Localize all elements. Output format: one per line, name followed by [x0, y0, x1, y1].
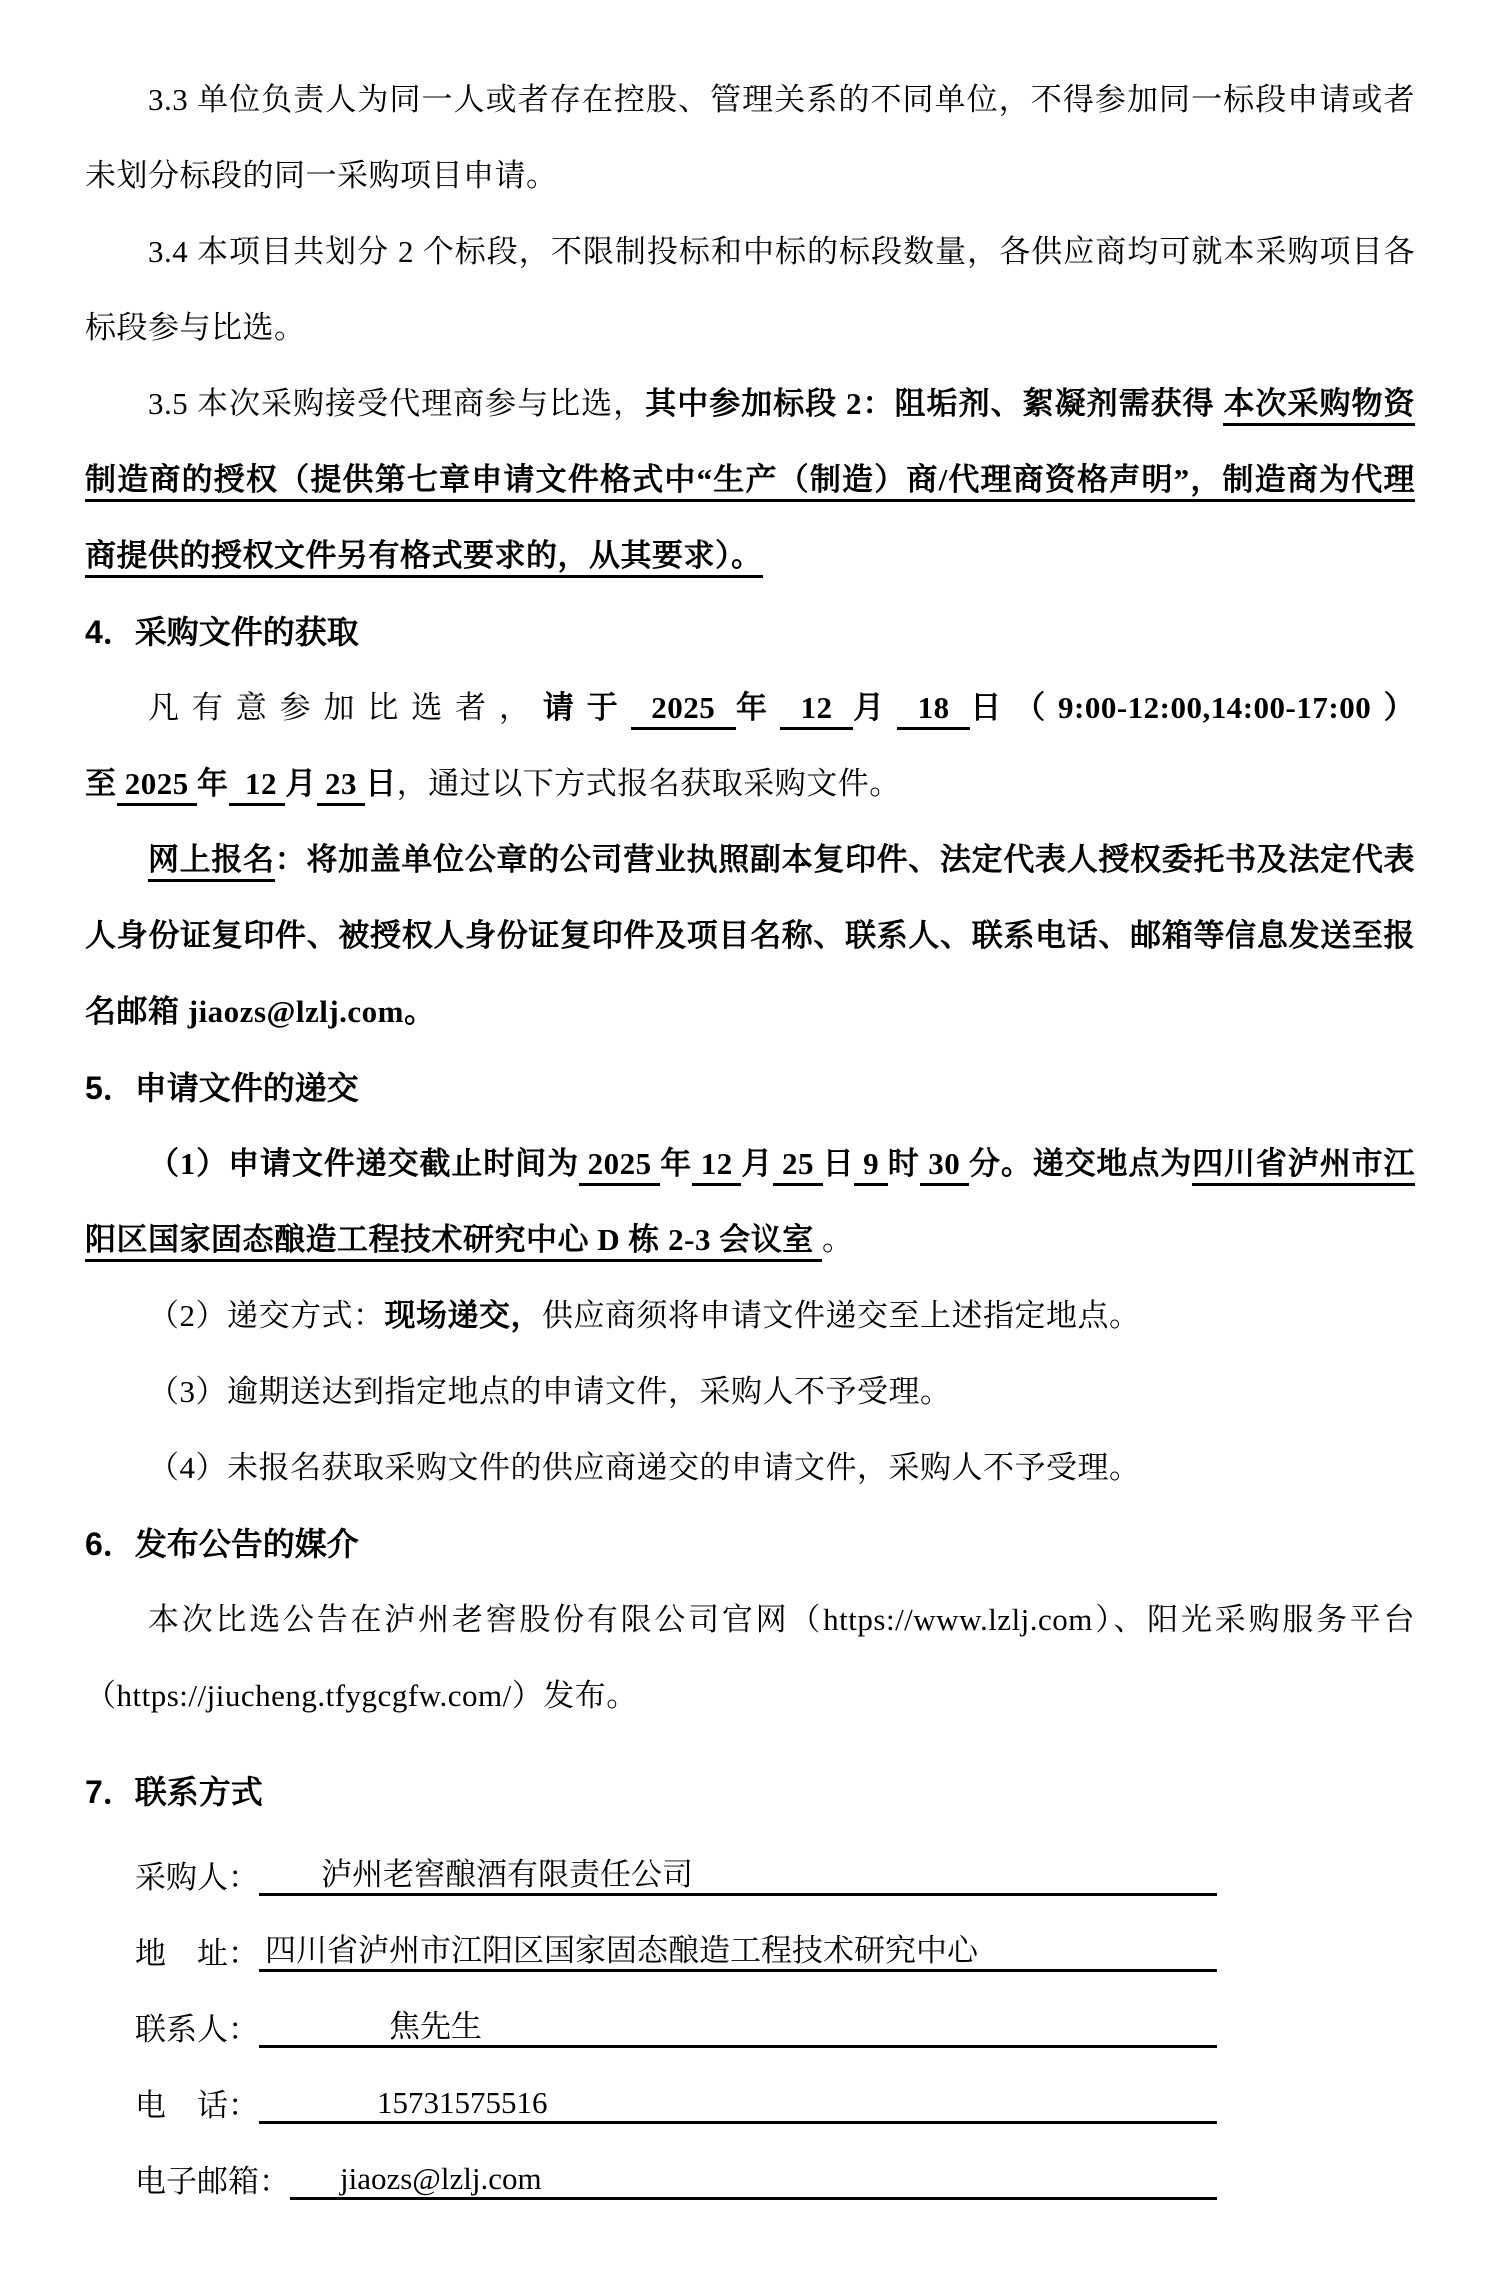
paragraph-5-3: （3）逾期送达到指定地点的申请文件，采购人不予受理。 — [85, 1354, 1415, 1430]
text-run: 3.5 本次采购接受代理商参与比选， — [148, 386, 645, 421]
text-run: ，通过以下方式报名获取采购文件。 — [397, 766, 901, 801]
contact-underline-field: 四川省泸州市江阳区国家固态酿造工程技术研究中心 — [259, 1933, 1217, 1972]
text-run: （1）申请文件递交截止时间为 — [148, 1146, 579, 1181]
text-run: ：将加盖单位公章的公司营业执照副本复印件、法定代表人授权委托书及法定代表人身份证… — [85, 842, 1415, 1029]
heading-section-7: 7．联系方式 — [85, 1754, 1415, 1830]
date-field-month: 12 — [780, 690, 853, 730]
paragraph-5-1: （1）申请文件递交截止时间为 2025 年 12 月 25 日 9 时 30 分… — [85, 1126, 1415, 1278]
date-field-day: 18 — [897, 690, 970, 730]
text-run: 日 — [365, 766, 397, 801]
text-run: 请于 — [543, 690, 631, 725]
text-run: 年 — [660, 1146, 692, 1181]
contact-label: 地 址： — [135, 1936, 259, 1972]
text-run: 月 — [285, 766, 317, 801]
date-field-year: 2025 — [631, 690, 736, 730]
text-run: 年 — [736, 690, 780, 725]
text-run: 网上报名 — [148, 842, 275, 882]
paragraph-online-signup: 网上报名：将加盖单位公章的公司营业执照副本复印件、法定代表人授权委托书及法定代表… — [85, 822, 1415, 1050]
paragraph-3-5: 3.5 本次采购接受代理商参与比选，其中参加标段 2：阻垢剂、絮凝剂需获得 本次… — [85, 366, 1415, 594]
text-run: （2）递交方式： — [148, 1298, 385, 1333]
contact-value: jiaozs@lzlj.com — [340, 2161, 542, 2196]
paragraph-5-4: （4）未报名获取采购文件的供应商递交的申请文件，采购人不予受理。 — [85, 1430, 1415, 1506]
paragraph-3-4: 3.4 本项目共划分 2 个标段，不限制投标和中标的标段数量，各供应商均可就本采… — [85, 214, 1415, 366]
contact-label: 电 话： — [135, 2088, 259, 2124]
contact-value: 15731575516 — [377, 2085, 548, 2120]
contact-label: 采购人： — [135, 1860, 259, 1896]
contact-row-person: 联系人： 焦先生 — [135, 1982, 1217, 2058]
text-run: 现场递交， — [385, 1298, 543, 1333]
date-field-day: 25 — [773, 1146, 822, 1186]
contact-value: 四川省泸州市江阳区国家固态酿造工程技术研究中心 — [265, 1933, 978, 1968]
paragraph-6-1: 本次比选公告在泸州老窖股份有限公司官网（https://www.lzlj.com… — [85, 1582, 1415, 1734]
contact-row-phone: 电 话： 15731575516 — [135, 2058, 1217, 2134]
time-field-hour: 9 — [854, 1146, 887, 1186]
date-field-day: 23 — [317, 766, 366, 806]
text-run: 年 — [197, 766, 229, 801]
date-field-month: 12 — [229, 766, 286, 806]
contact-value: 泸州老窖酿酒有限责任公司 — [321, 1857, 693, 1892]
contact-underline-field: 15731575516 — [259, 2085, 1217, 2124]
text-run: 凡有意参加比选者， — [148, 690, 543, 725]
contact-row-purchaser: 采购人： 泸州老窖酿酒有限责任公司 — [135, 1830, 1217, 1906]
contact-underline-field: 焦先生 — [259, 2009, 1217, 2048]
contact-underline-field: jiaozs@lzlj.com — [290, 2161, 1217, 2200]
contact-underline-field: 泸州老窖酿酒有限责任公司 — [259, 1857, 1217, 1896]
text-run: 分。递交地点为 — [969, 1146, 1192, 1181]
paragraph-5-2: （2）递交方式：现场递交，供应商须将申请文件递交至上述指定地点。 — [85, 1278, 1415, 1354]
paragraph-3-3: 3.3 单位负责人为同一人或者存在控股、管理关系的不同单位，不得参加同一标段申请… — [85, 62, 1415, 214]
text-run: 时 — [888, 1146, 920, 1181]
text-run: 。 — [822, 1222, 854, 1257]
document-content: 3.3 单位负责人为同一人或者存在控股、管理关系的不同单位，不得参加同一标段申请… — [0, 0, 1500, 2210]
contact-row-email: 电子邮箱： jiaozs@lzlj.com — [135, 2134, 1217, 2210]
date-field-year: 2025 — [579, 1146, 660, 1186]
time-field-minute: 30 — [920, 1146, 969, 1186]
document-page: 3.3 单位负责人为同一人或者存在控股、管理关系的不同单位，不得参加同一标段申请… — [0, 0, 1500, 2281]
text-run: 日 — [823, 1146, 855, 1181]
contact-label: 联系人： — [135, 2012, 259, 2048]
date-field-month: 12 — [692, 1146, 741, 1186]
heading-section-5: 5．申请文件的递交 — [85, 1050, 1415, 1126]
contact-label: 电子邮箱： — [135, 2164, 290, 2200]
text-run: 月 — [741, 1146, 773, 1181]
text-run: 月 — [853, 690, 897, 725]
paragraph-4-1: 凡有意参加比选者，请于 2025 年 12 月 18 日（9:00-12:00,… — [85, 670, 1415, 822]
contact-row-address: 地 址： 四川省泸州市江阳区国家固态酿造工程技术研究中心 — [135, 1906, 1217, 1982]
contact-value: 焦先生 — [389, 2009, 482, 2044]
text-run: 其中参加标段 2：阻垢剂、絮凝剂需获得 — [645, 386, 1223, 421]
text-run: 供应商须将申请文件递交至上述指定地点。 — [542, 1298, 1141, 1333]
heading-section-4: 4．采购文件的获取 — [85, 594, 1415, 670]
date-field-year: 2025 — [117, 766, 198, 806]
heading-section-6: 6．发布公告的媒介 — [85, 1506, 1415, 1582]
